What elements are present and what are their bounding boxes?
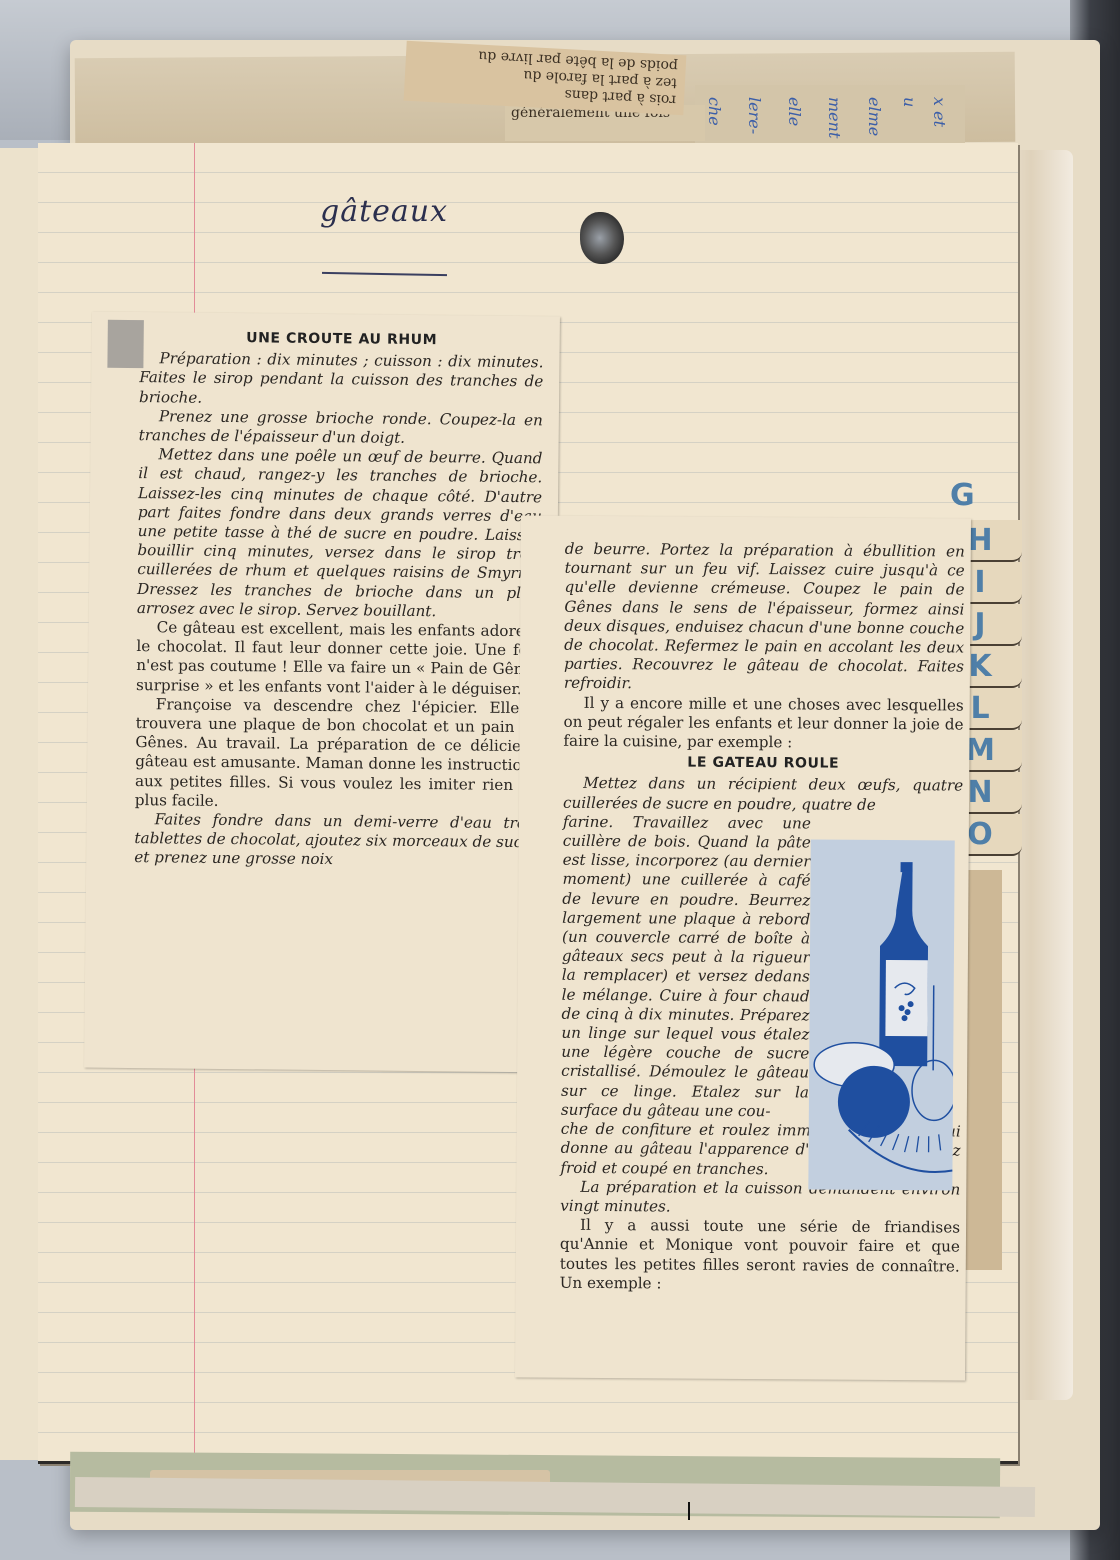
headline: UNE CROUTE AU RHUM — [140, 328, 544, 351]
handwritten-fragment: ment — [825, 97, 844, 138]
paragraph: Il y a encore mille et une choses avec l… — [563, 693, 963, 753]
paragraph: farine. Travaillez avec une cuillère de … — [561, 813, 811, 1122]
wine-bottle-illustration — [808, 839, 954, 1190]
tab-letter: H — [967, 523, 992, 558]
tab-letter: M — [965, 733, 995, 768]
paragraph: de beurre. Portez la préparation à ébull… — [564, 540, 965, 696]
article-croute-au-rhum: UNE CROUTE AU RHUM Préparation : dix min… — [134, 326, 544, 872]
paragraph: Mettez dans un récipient deux œufs, quat… — [563, 774, 963, 815]
ink-blot — [580, 212, 624, 264]
handwritten-fragment: lere- — [745, 97, 764, 134]
tab-letter: L — [970, 691, 989, 726]
wine-bottle-fruit-icon — [808, 839, 954, 1190]
handwritten-fragment: u — [900, 97, 919, 107]
clipping-croute-au-rhum: UNE CROUTE AU RHUM Préparation : dix min… — [84, 312, 560, 1073]
tab-letter: J — [974, 607, 985, 642]
handwritten-strip: che lere- elle ment elme u x et — [695, 85, 965, 143]
paragraph: Il y a aussi toute une série de friandis… — [560, 1216, 961, 1296]
tab-letter: G — [950, 478, 975, 513]
section-heading: gâteaux — [320, 194, 448, 229]
clipping-gateau-roule: de beurre. Portez la préparation à ébull… — [515, 515, 971, 1380]
paragraph: Préparation : dix minutes ; cuisson : di… — [139, 349, 544, 411]
left-page-edge — [0, 148, 40, 1460]
tab-letter: I — [974, 565, 985, 600]
paragraph: Faites fondre dans un demi-verre d'eau t… — [134, 810, 539, 872]
handwritten-fragment: che — [705, 97, 724, 126]
paragraph: Prenez une grosse brioche ronde. Coupez-… — [139, 407, 543, 450]
tab-letter: O — [967, 817, 993, 852]
clipping-corner — [107, 320, 144, 368]
index-tab-g[interactable]: G — [938, 470, 1022, 520]
tab-letter: K — [968, 649, 991, 684]
paragraph: Mettez dans une poêle un œuf de beurre. … — [137, 445, 543, 622]
handwritten-fragment: x et — [930, 97, 949, 127]
tab-letter: N — [967, 775, 992, 810]
handwritten-fragment: elme — [865, 97, 884, 136]
bottom-mark — [688, 1502, 690, 1520]
tan-strip — [964, 870, 1002, 1270]
headline: LE GATEAU ROULE — [563, 753, 963, 775]
paragraph: Françoise va descendre chez l'épicier. E… — [135, 695, 540, 814]
handwritten-fragment: elle — [785, 97, 804, 126]
paragraph: Ce gâteau est excellent, mais les enfant… — [136, 618, 541, 699]
